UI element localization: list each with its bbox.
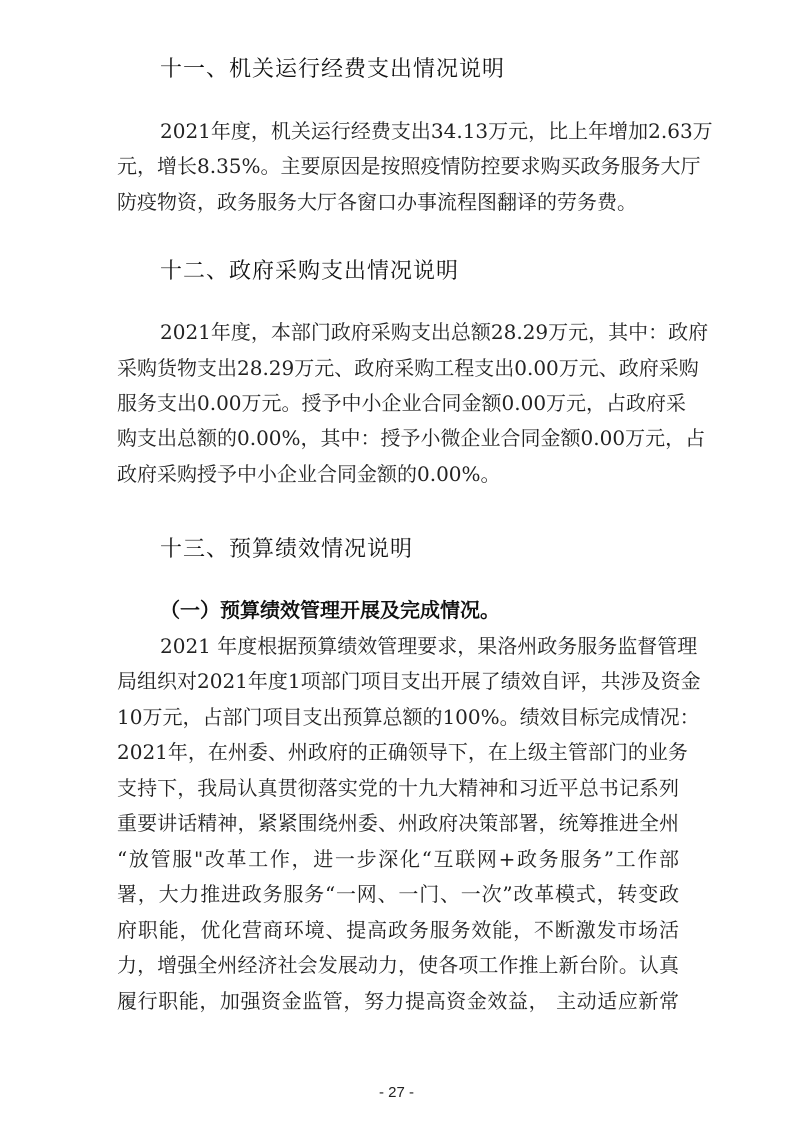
paragraph-line: 履行职能，加强资金监管，努力提高资金效益， 主动适应新常 [117,985,679,1014]
paragraph-line: 2021 年度根据预算绩效管理要求，果洛州政务服务监督管理 [160,630,679,659]
page-number: - 27 - [0,1084,793,1101]
paragraph-line: 10万元，占部门项目支出预算总额的100%。绩效目标完成情况： [117,701,679,730]
paragraph-line: “放管服"改革工作，进一步深化“互联网+政务服务”工作部 [117,843,679,872]
paragraph-line: 元，增长8.35%。主要原因是按照疫情防控要求购买政务服务大厅 [117,150,679,179]
document-page: 十一、机关运行经费支出情况说明 2021年度，机关运行经费支出34.13万元，比… [0,0,793,1122]
paragraph-line: 局组织对2021年度1项部门项目支出开展了绩效自评，共涉及资金 [117,665,679,694]
paragraph-line: 防疫物资，政务服务大厅各窗口办事流程图翻译的劳务费。 [117,186,679,215]
paragraph-line: 采购货物支出28.29万元、政府采购工程支出0.00万元、政府采购 [117,352,679,381]
paragraph-line: 2021年，在州委、州政府的正确领导下，在上级主管部门的业务 [117,736,679,765]
paragraph-line: 支持下，我局认真贯彻落实党的十九大精神和习近平总书记系列 [117,772,679,801]
section-heading-12: 十二、政府采购支出情况说明 [160,254,459,285]
paragraph-line: 2021年度，本部门政府采购支出总额28.29万元，其中：政府 [160,316,679,345]
paragraph-line: 2021年度，机关运行经费支出34.13万元，比上年增加2.63万 [160,115,679,144]
section-heading-11: 十一、机关运行经费支出情况说明 [160,52,505,83]
paragraph-line: 服务支出0.00万元。授予中小企业合同金额0.00万元，占政府采 [117,387,679,416]
paragraph-line: 政府采购授予中小企业合同金额的0.00%。 [117,458,679,487]
section-heading-13: 十三、预算绩效情况说明 [160,532,413,563]
paragraph-line: 力，增强全州经济社会发展动力，使各项工作推上新台阶。认真 [117,949,679,978]
paragraph-line: 署，大力推进政务服务“一网、一门、一次”改革模式，转变政 [117,878,679,907]
paragraph-line: 府职能，优化营商环境、提高政务服务效能，不断激发市场活 [117,914,679,943]
subsection-heading: （一）预算绩效管理开展及完成情况。 [160,594,500,623]
paragraph-line: 购支出总额的0.00%，其中：授予小微企业合同金额0.00万元，占 [117,422,679,451]
paragraph-line: 重要讲话精神，紧紧围绕州委、州政府决策部署，统筹推进全州 [117,807,679,836]
